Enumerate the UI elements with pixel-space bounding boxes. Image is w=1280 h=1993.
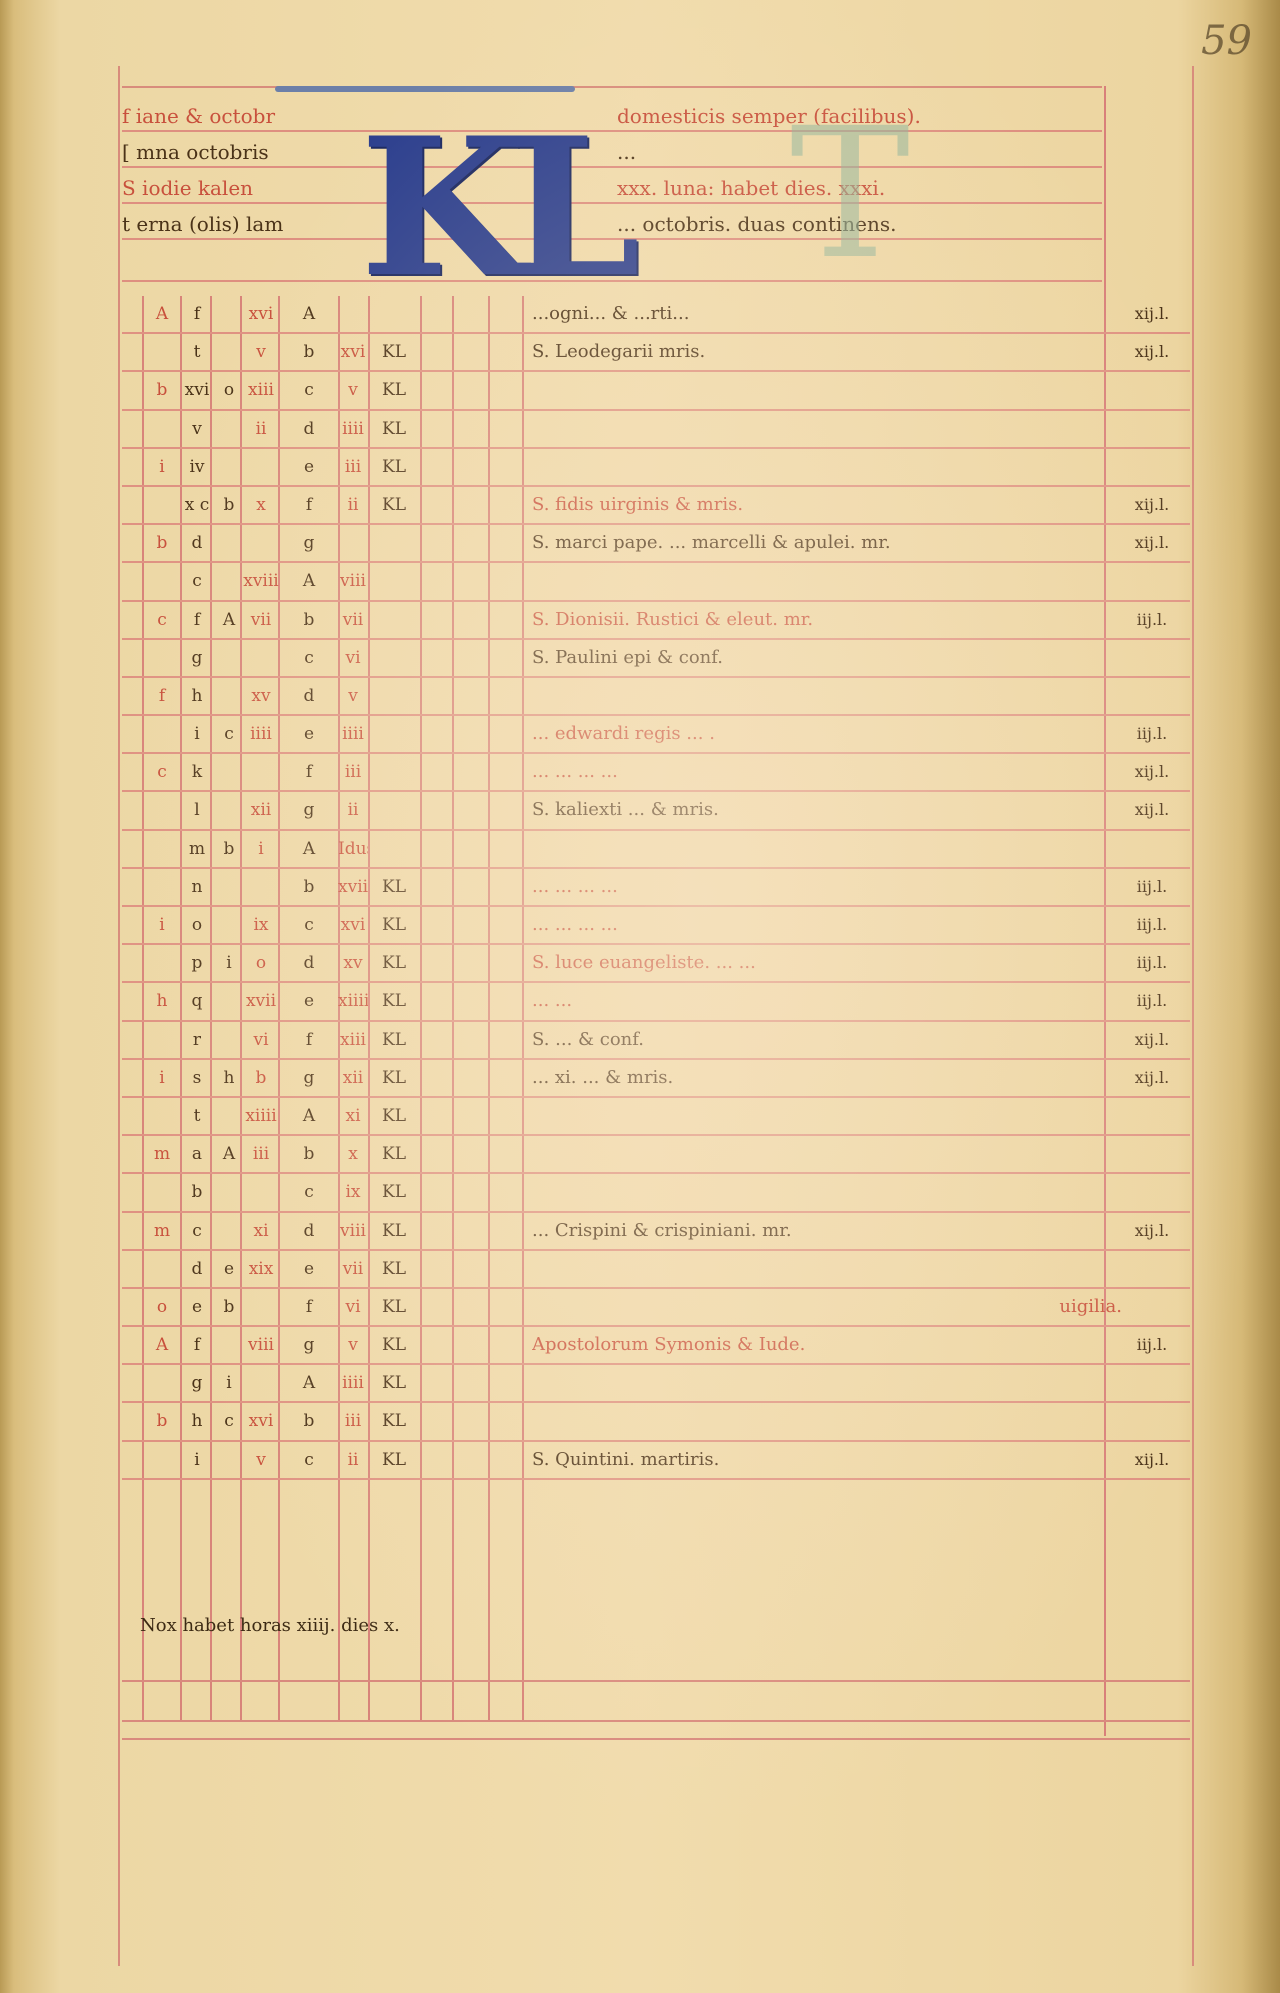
calendar-row: ishbgxiiKL... xi. ... & mris.xij.l. (122, 1060, 1190, 1098)
calendar-row: bcixKL (122, 1174, 1190, 1212)
kalends-cell (368, 754, 420, 790)
dominical-letter-cell: g (280, 1060, 338, 1096)
header-left-verses: f iane & octobr [ mna octobris S iodie k… (122, 98, 342, 242)
aux-letter-cell: h (214, 1060, 244, 1096)
kalends-cell: KL (368, 1213, 420, 1249)
roman-date-cell: xv (338, 945, 368, 981)
aux-letter-cell (214, 1174, 244, 1210)
header-left-line: [ mna octobris (122, 134, 342, 170)
lessons-margin-note: iij.l. (1112, 945, 1192, 981)
aux-letter-cell: e (214, 1251, 244, 1287)
dominical-sequence-cell: f (180, 1327, 214, 1363)
kalends-cell: KL (368, 487, 420, 523)
roman-date-cell: v (338, 372, 368, 408)
dominical-sequence-cell: h (180, 1403, 214, 1439)
feast-entry: S. ... & conf. (532, 1022, 1122, 1058)
manuscript-page: 59 f iane & octobr [ mna octobris S iodi… (0, 0, 1280, 1993)
golden-number-cell (144, 1251, 180, 1287)
aux-letter-cell: i (214, 1365, 244, 1401)
aux-letter-cell: b (214, 831, 244, 867)
kalends-cell: KL (368, 1136, 420, 1172)
aux-letter-cell: A (214, 602, 244, 638)
golden-number-cell: b (144, 372, 180, 408)
dominical-sequence-cell: b (180, 1174, 214, 1210)
kalends-cell (368, 563, 420, 599)
feast-entry: ... ... ... ... (532, 754, 1122, 790)
golden-number-cell (144, 716, 180, 752)
roman-date-cell: iiii (338, 716, 368, 752)
roman-date-cell: iii (338, 449, 368, 485)
epact-cell: xii (242, 792, 280, 828)
lessons-margin-note: iij.l. (1112, 1327, 1192, 1363)
aux-letter-cell (214, 563, 244, 599)
dominical-sequence-cell: v (180, 411, 214, 447)
dominical-sequence-cell: s (180, 1060, 214, 1096)
epact-cell (242, 869, 280, 905)
bottom-ruling (122, 1738, 1190, 1740)
dominical-sequence-cell: r (180, 1022, 214, 1058)
aux-letter-cell (214, 907, 244, 943)
roman-date-cell (338, 525, 368, 561)
calendar-row: mcxidviiiKL... Crispini & crispiniani. m… (122, 1213, 1190, 1251)
aux-letter-cell: i (214, 945, 244, 981)
roman-date-cell: iii (338, 1403, 368, 1439)
feast-entry: ... ... ... ... (532, 869, 1122, 905)
golden-number-cell (144, 1365, 180, 1401)
dominical-sequence-cell: h (180, 678, 214, 714)
roman-date-cell: vii (338, 602, 368, 638)
kalends-cell: KL (368, 1060, 420, 1096)
dominical-letter-cell: A (280, 296, 338, 332)
golden-number-cell: b (144, 1403, 180, 1439)
golden-number-cell: f (144, 678, 180, 714)
golden-number-cell: b (144, 525, 180, 561)
aux-letter-cell (214, 449, 244, 485)
calendar-row: bhcxvibiiiKL (122, 1403, 1190, 1441)
calendar-row: fhxvdv (122, 678, 1190, 716)
dominical-sequence-cell: iv (180, 449, 214, 485)
lessons-margin-note: xij.l. (1112, 296, 1192, 332)
dominical-letter-cell: e (280, 449, 338, 485)
epact-cell (242, 449, 280, 485)
lessons-margin-note: iij.l. (1112, 907, 1192, 943)
dominical-sequence-cell: g (180, 640, 214, 676)
kalends-cell: KL (368, 1289, 420, 1325)
feast-entry: ... Crispini & crispiniani. mr. (532, 1213, 1122, 1249)
header-left-line: f iane & octobr (122, 98, 342, 134)
golden-number-cell (144, 831, 180, 867)
dominical-sequence-cell: m (180, 831, 214, 867)
epact-cell: vii (242, 602, 280, 638)
dominical-sequence-cell: a (180, 1136, 214, 1172)
golden-number-cell (144, 792, 180, 828)
roman-date-cell: xvi (338, 907, 368, 943)
roman-date-cell: iiii (338, 1365, 368, 1401)
calendar-row: x cbxfiiKLS. fidis uirginis & mris.xij.l… (122, 487, 1190, 525)
feast-entry: S. luce euangeliste. ... ... (532, 945, 1122, 981)
epact-cell: xiiii (242, 1098, 280, 1134)
golden-number-cell: m (144, 1136, 180, 1172)
calendar-row: hqxviiexiiiiKL... ...iij.l. (122, 983, 1190, 1021)
epact-cell (242, 525, 280, 561)
calendar-row: mbiAIdus (122, 831, 1190, 869)
lessons-margin-note: xij.l. (1112, 334, 1192, 370)
epact-cell: v (242, 334, 280, 370)
green-wash-glyph: T (790, 95, 940, 295)
golden-number-cell (144, 334, 180, 370)
lessons-margin-note: iij.l. (1112, 869, 1192, 905)
dominical-sequence-cell: n (180, 869, 214, 905)
roman-date-cell: x (338, 1136, 368, 1172)
lessons-margin-note: xij.l. (1112, 1060, 1192, 1096)
golden-number-cell: i (144, 1060, 180, 1096)
kalends-cell: KL (368, 945, 420, 981)
aux-letter-cell (214, 869, 244, 905)
roman-date-cell: iii (338, 754, 368, 790)
aux-letter-cell (214, 1213, 244, 1249)
roman-date-cell: vi (338, 1289, 368, 1325)
roman-date-cell: xi (338, 1098, 368, 1134)
feast-entry: ... ... ... ... (532, 907, 1122, 943)
dominical-sequence-cell: d (180, 525, 214, 561)
kalends-cell: KL (368, 1251, 420, 1287)
golden-number-cell (144, 1098, 180, 1134)
calendar-row: giAiiiiKL (122, 1365, 1190, 1403)
kalends-cell: KL (368, 411, 420, 447)
epact-cell: xi (242, 1213, 280, 1249)
epact-cell: iiii (242, 716, 280, 752)
epact-cell: xv (242, 678, 280, 714)
roman-date-cell: vi (338, 640, 368, 676)
epact-cell: xviii (242, 563, 280, 599)
golden-number-cell: c (144, 754, 180, 790)
golden-number-cell (144, 1174, 180, 1210)
kalends-cell: KL (368, 1174, 420, 1210)
dominical-letter-cell: f (280, 1022, 338, 1058)
calendar-row: dexixeviiKL (122, 1251, 1190, 1289)
calendar-table: AfxviA...ogni... & ...rti...xij.l.tvbxvi… (122, 296, 1190, 1480)
roman-date-cell: viii (338, 563, 368, 599)
dominical-sequence-cell: t (180, 1098, 214, 1134)
dominical-letter-cell: A (280, 563, 338, 599)
kalends-cell: KL (368, 1365, 420, 1401)
aux-letter-cell (214, 296, 244, 332)
dominical-letter-cell: b (280, 602, 338, 638)
lessons-margin-note: xij.l. (1112, 1442, 1192, 1478)
roman-date-cell: ii (338, 1442, 368, 1478)
kalends-cell: KL (368, 372, 420, 408)
epact-cell: i (242, 831, 280, 867)
calendar-row: lxiigiiS. kaliexti ... & mris.xij.l. (122, 792, 1190, 830)
kalends-cell: KL (368, 334, 420, 370)
golden-number-cell (144, 945, 180, 981)
feast-entry: S. Dionisii. Rustici & eleut. mr. (532, 602, 1122, 638)
dominical-letter-cell: A (280, 1098, 338, 1134)
lessons-margin-note: xij.l. (1112, 792, 1192, 828)
roman-date-cell: vii (338, 1251, 368, 1287)
calendar-row: ckfiii... ... ... ...xij.l. (122, 754, 1190, 792)
feast-entry: S. Quintini. martiris. (532, 1442, 1122, 1478)
golden-number-cell: o (144, 1289, 180, 1325)
feast-entry: S. marci pape. ... marcelli & apulei. mr… (532, 525, 1122, 561)
golden-number-cell (144, 640, 180, 676)
aux-letter-cell: A (214, 1136, 244, 1172)
feast-entry: uigilia. (532, 1289, 1142, 1325)
epact-cell: x (242, 487, 280, 523)
feast-entry: S. Paulini epi & conf. (532, 640, 1122, 676)
calendar-row: oebfviKLuigilia. (122, 1289, 1190, 1327)
bottom-ruling (122, 1680, 1190, 1682)
kalends-cell: KL (368, 1022, 420, 1058)
kalends-cell: KL (368, 449, 420, 485)
kalends-cell (368, 678, 420, 714)
calendar-row: iiveiiiKL (122, 449, 1190, 487)
epact-cell: v (242, 1442, 280, 1478)
aux-letter-cell (214, 678, 244, 714)
golden-number-cell (144, 487, 180, 523)
calendar-row: tvbxviKLS. Leodegarii mris.xij.l. (122, 334, 1190, 372)
calendar-row: AfviiigvKLApostolorum Symonis & Iude.iij… (122, 1327, 1190, 1365)
calendar-row: iciiiieiiii... edwardi regis ... .iij.l. (122, 716, 1190, 754)
feast-entry: S. fidis uirginis & mris. (532, 487, 1122, 523)
dominical-sequence-cell: f (180, 602, 214, 638)
calendar-row: ioixcxviKL... ... ... ...iij.l. (122, 907, 1190, 945)
golden-number-cell (144, 1442, 180, 1478)
calendar-row: piodxvKLS. luce euangeliste. ... ...iij.… (122, 945, 1190, 983)
roman-date-cell: ix (338, 1174, 368, 1210)
calendar-row: AfxviA...ogni... & ...rti...xij.l. (122, 296, 1190, 334)
dominical-letter-cell: f (280, 1289, 338, 1325)
dominical-letter-cell: b (280, 334, 338, 370)
golden-number-cell: m (144, 1213, 180, 1249)
calendar-row: bxvioxiiicvKL (122, 372, 1190, 410)
roman-date-cell: xiii (338, 1022, 368, 1058)
golden-number-cell (144, 563, 180, 599)
calendar-row: ivciiKLS. Quintini. martiris.xij.l. (122, 1442, 1190, 1480)
kalends-cell: KL (368, 1327, 420, 1363)
epact-cell: o (242, 945, 280, 981)
golden-number-cell: i (144, 907, 180, 943)
calendar-row: viidiiiiKL (122, 411, 1190, 449)
golden-number-cell: c (144, 602, 180, 638)
aux-letter-cell (214, 1022, 244, 1058)
dominical-sequence-cell: o (180, 907, 214, 943)
calendar-row: cfAviibviiS. Dionisii. Rustici & eleut. … (122, 602, 1190, 640)
dominical-letter-cell: g (280, 792, 338, 828)
dominical-sequence-cell: i (180, 716, 214, 752)
header-left-line: t erna (olis) lam (122, 206, 342, 242)
dominical-sequence-cell: f (180, 296, 214, 332)
roman-date-cell: iiii (338, 411, 368, 447)
aux-letter-cell (214, 640, 244, 676)
roman-date-cell: Idus (338, 831, 368, 867)
calendar-row: rvifxiiiKLS. ... & conf.xij.l. (122, 1022, 1190, 1060)
lessons-margin-note: xij.l. (1112, 525, 1192, 561)
kalends-cell: KL (368, 869, 420, 905)
feast-entry: ... ... (532, 983, 1122, 1019)
dominical-letter-cell: d (280, 945, 338, 981)
aux-letter-cell: c (214, 716, 244, 752)
night-hours-note: Nox habet horas xiiij. dies x. (140, 1615, 400, 1636)
dominical-letter-cell: f (280, 754, 338, 790)
feast-entry: ... edwardi regis ... . (532, 716, 1122, 752)
lessons-margin-note: iij.l. (1112, 983, 1192, 1019)
roman-date-cell: viii (338, 1213, 368, 1249)
dominical-letter-cell: f (280, 487, 338, 523)
dominical-letter-cell: b (280, 869, 338, 905)
dominical-sequence-cell: l (180, 792, 214, 828)
calendar-row: gcviS. Paulini epi & conf. (122, 640, 1190, 678)
epact-cell: xvii (242, 983, 280, 1019)
dominical-letter-cell: e (280, 716, 338, 752)
lessons-margin-note: xij.l. (1112, 1022, 1192, 1058)
kalends-cell (368, 525, 420, 561)
dominical-letter-cell: A (280, 1365, 338, 1401)
kalends-cell (368, 716, 420, 752)
aux-letter-cell: b (214, 487, 244, 523)
dominical-letter-cell: c (280, 640, 338, 676)
dominical-letter-cell: d (280, 411, 338, 447)
dominical-letter-cell: c (280, 1174, 338, 1210)
golden-number-cell: h (144, 983, 180, 1019)
epact-cell: vi (242, 1022, 280, 1058)
aux-letter-cell (214, 334, 244, 370)
epact-cell: xvi (242, 1403, 280, 1439)
calendar-row: nbxviiKL... ... ... ...iij.l. (122, 869, 1190, 907)
epact-cell (242, 1289, 280, 1325)
roman-date-cell: v (338, 678, 368, 714)
aux-letter-cell (214, 411, 244, 447)
epact-cell (242, 1174, 280, 1210)
calendar-row: cxviiiAviii (122, 563, 1190, 601)
feast-entry: S. kaliexti ... & mris. (532, 792, 1122, 828)
dominical-letter-cell: b (280, 1136, 338, 1172)
dominical-letter-cell: c (280, 907, 338, 943)
kalends-cell (368, 602, 420, 638)
golden-number-cell: A (144, 1327, 180, 1363)
dominical-letter-cell: d (280, 1213, 338, 1249)
calendar-row: bdgS. marci pape. ... marcelli & apulei.… (122, 525, 1190, 563)
bottom-ruling (122, 1720, 1190, 1722)
lessons-margin-note: xij.l. (1112, 487, 1192, 523)
dominical-sequence-cell: p (180, 945, 214, 981)
roman-date-cell (338, 296, 368, 332)
aux-letter-cell (214, 754, 244, 790)
epact-cell: viii (242, 1327, 280, 1363)
golden-number-cell: i (144, 449, 180, 485)
roman-date-cell: v (338, 1327, 368, 1363)
feast-entry: S. Leodegarii mris. (532, 334, 1122, 370)
kalends-cell: KL (368, 907, 420, 943)
dominical-sequence-cell: i (180, 1442, 214, 1478)
dominical-sequence-cell: x c (180, 487, 214, 523)
kalends-cell (368, 831, 420, 867)
feast-entry: ... xi. ... & mris. (532, 1060, 1122, 1096)
epact-cell: iii (242, 1136, 280, 1172)
calendar-row: maAiiibxKL (122, 1136, 1190, 1174)
lessons-margin-note: iij.l. (1112, 716, 1192, 752)
epact-cell: xix (242, 1251, 280, 1287)
golden-number-cell (144, 1022, 180, 1058)
aux-letter-cell (214, 1327, 244, 1363)
epact-cell (242, 1365, 280, 1401)
kalends-cell (368, 640, 420, 676)
dominical-sequence-cell: e (180, 1289, 214, 1325)
aux-letter-cell: c (214, 1403, 244, 1439)
epact-cell (242, 640, 280, 676)
dominical-sequence-cell: d (180, 1251, 214, 1287)
roman-date-cell: ii (338, 792, 368, 828)
golden-number-cell (144, 869, 180, 905)
epact-cell: xvi (242, 296, 280, 332)
golden-number-cell (144, 411, 180, 447)
dominical-letter-cell: e (280, 983, 338, 1019)
dominical-sequence-cell: t (180, 334, 214, 370)
epact-cell (242, 754, 280, 790)
aux-letter-cell (214, 792, 244, 828)
kalends-cell: KL (368, 1403, 420, 1439)
dominical-letter-cell: c (280, 1442, 338, 1478)
golden-number-cell: A (144, 296, 180, 332)
roman-date-cell: xvi (338, 334, 368, 370)
calendar-row: txiiiiAxiKL (122, 1098, 1190, 1136)
lessons-margin-note: xij.l. (1112, 754, 1192, 790)
roman-date-cell: xii (338, 1060, 368, 1096)
feast-entry: Apostolorum Symonis & Iude. (532, 1327, 1122, 1363)
lessons-margin-note: xij.l. (1112, 1213, 1192, 1249)
dominical-letter-cell: A (280, 831, 338, 867)
header-left-line: S iodie kalen (122, 170, 342, 206)
roman-date-cell: xvii (338, 869, 368, 905)
roman-date-cell: xiiii (338, 983, 368, 1019)
dominical-sequence-cell: c (180, 1213, 214, 1249)
aux-letter-cell (214, 1098, 244, 1134)
dominical-letter-cell: g (280, 525, 338, 561)
kalends-cell (368, 296, 420, 332)
dominical-letter-cell: b (280, 1403, 338, 1439)
epact-cell: ii (242, 411, 280, 447)
aux-letter-cell: b (214, 1289, 244, 1325)
aux-letter-cell: o (214, 372, 244, 408)
kalends-cell (368, 792, 420, 828)
dominical-letter-cell: c (280, 372, 338, 408)
dominical-sequence-cell: k (180, 754, 214, 790)
aux-letter-cell (214, 1442, 244, 1478)
kalends-cell: KL (368, 1442, 420, 1478)
kalends-cell: KL (368, 1098, 420, 1134)
feast-entry: ...ogni... & ...rti... (532, 296, 1122, 332)
epact-cell: ix (242, 907, 280, 943)
dominical-letter-cell: g (280, 1327, 338, 1363)
aux-letter-cell (214, 983, 244, 1019)
dominical-sequence-cell: q (180, 983, 214, 1019)
epact-cell: xiii (242, 372, 280, 408)
kalends-cell: KL (368, 983, 420, 1019)
lessons-margin-note: iij.l. (1112, 602, 1192, 638)
folio-number: 59 (1201, 18, 1252, 64)
dominical-sequence-cell: g (180, 1365, 214, 1401)
epact-cell: b (242, 1060, 280, 1096)
dominical-letter-cell: d (280, 678, 338, 714)
dominical-letter-cell: e (280, 1251, 338, 1287)
roman-date-cell: ii (338, 487, 368, 523)
dominical-sequence-cell: xvi (180, 372, 214, 408)
aux-letter-cell (214, 525, 244, 561)
dominical-sequence-cell: c (180, 563, 214, 599)
